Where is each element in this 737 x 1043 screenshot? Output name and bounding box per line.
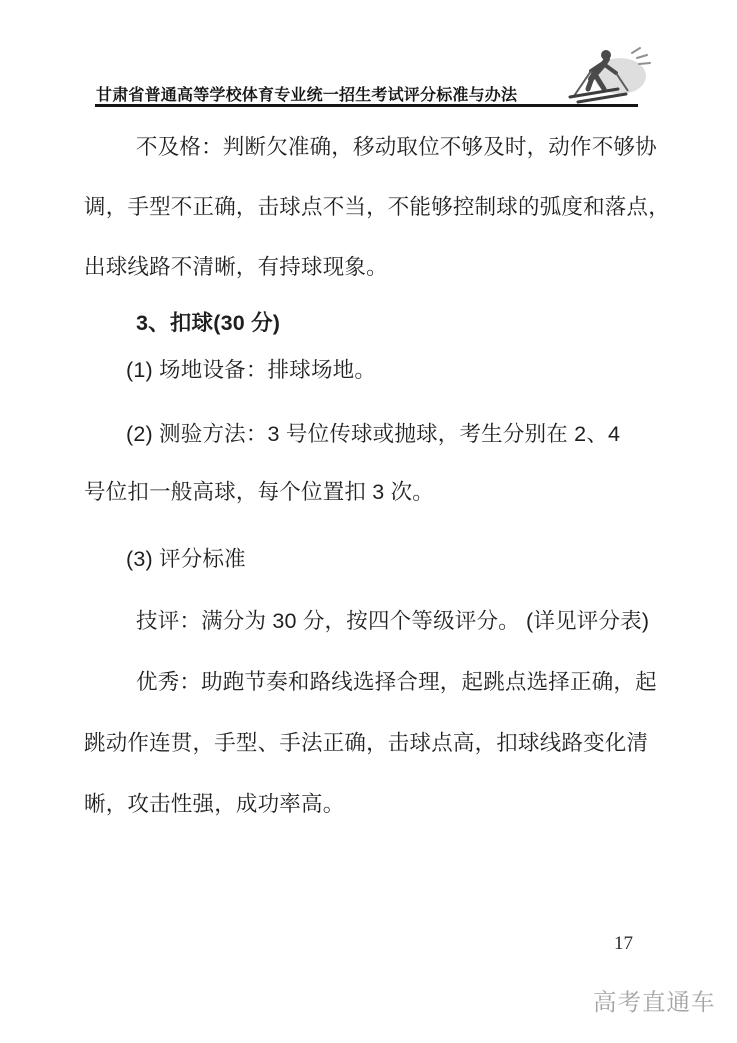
- header-title: 甘肃省普通高等学校体育专业统一招生考试评分标准与办法: [96, 82, 517, 105]
- paragraph-method-line-2: 号位扣一般高球，每个位置扣 3 次。: [84, 479, 434, 506]
- skier-icon: [560, 46, 652, 104]
- item-scoring-standard: (3) 评分标准: [84, 546, 246, 573]
- page-number: 17: [614, 933, 633, 955]
- paragraph-fail-line-1: 不及格：判断欠准确，移动取位不够及时，动作不够协: [84, 134, 657, 161]
- header-divider: [95, 104, 638, 107]
- section-heading-spike: 3、扣球(30 分): [84, 310, 280, 337]
- watermark-gaokao-express: 高考直通车: [593, 983, 716, 1017]
- paragraph-fail-line-2: 调，手型不正确，击球点不当，不能够控制球的弧度和落点，: [84, 194, 670, 221]
- paragraph-technical-evaluation: 技评：满分为 30 分，按四个等级评分。 (详见评分表): [84, 608, 649, 635]
- paragraph-excellent-line-2: 跳动作连贯，手型、手法正确，击球点高，扣球线路变化清: [84, 730, 648, 757]
- paragraph-excellent-line-1: 优秀：助跑节奏和路线选择合理，起跳点选择正确，起: [84, 669, 657, 696]
- paragraph-method-line-1: (2) 测验方法：3 号位传球或抛球，考生分别在 2、4: [84, 421, 620, 448]
- item-venue: (1) 场地设备：排球场地。: [84, 357, 376, 384]
- paragraph-excellent-line-3: 晰，攻击性强，成功率高。: [84, 791, 344, 818]
- document-page: 甘肃省普通高等学校体育专业统一招生考试评分标准与办法 不及格：判断欠准确，移动取…: [0, 0, 737, 1043]
- paragraph-fail-line-3: 出球线路不清晰，有持球现象。: [84, 254, 388, 281]
